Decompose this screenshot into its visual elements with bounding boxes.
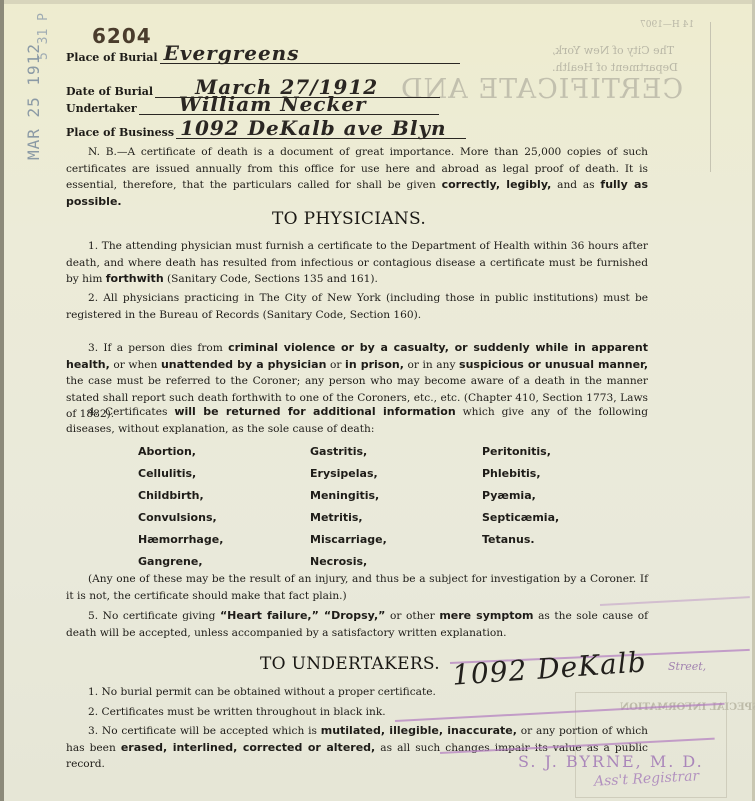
disease-item: Metritis, bbox=[310, 508, 482, 528]
disease-item: Cellulitis, bbox=[138, 464, 310, 484]
disease-item: Childbirth, bbox=[138, 486, 310, 506]
field-value: 1092 DeKalb ave Blyn bbox=[180, 116, 447, 140]
rule-emphasis: “Heart failure,” “Dropsy,” bbox=[220, 609, 385, 622]
rule-emphasis: suspicious or unusual manner, bbox=[459, 358, 648, 371]
field-label: Place of Burial bbox=[66, 51, 158, 64]
rule-text: (Sanitary Code, Sections 135 and 161). bbox=[164, 273, 378, 285]
field-place-of-burial: Place of Burial Evergreens bbox=[66, 44, 460, 64]
street-stamp: Street, bbox=[668, 660, 706, 673]
field-line: 1092 DeKalb ave Blyn bbox=[176, 137, 466, 139]
registrar-stamp-name: S. J. BYRNE, M. D. bbox=[518, 752, 704, 771]
rule-emphasis: mutilated, illegible, inaccurate, bbox=[321, 724, 517, 737]
disease-item: Hæmorrhage, bbox=[138, 530, 310, 550]
nb-text-mid: and as bbox=[551, 179, 600, 191]
disease-item: Septicæmia, bbox=[482, 508, 602, 528]
field-line: William Necker bbox=[139, 113, 439, 115]
rule-emphasis: forthwith bbox=[106, 272, 164, 285]
rule-text: 3. If a person dies from bbox=[88, 342, 228, 354]
field-undertaker: Undertaker William Necker bbox=[66, 95, 439, 115]
disease-item: Meningitis, bbox=[310, 486, 482, 506]
disease-item: Miscarriage, bbox=[310, 530, 482, 550]
bleed-city-line: The City of New York, bbox=[552, 42, 678, 59]
undertakers-rule-1: 1. No burial permit can be obtained with… bbox=[66, 684, 648, 701]
nb-paragraph: N. B.—A certificate of death is a docume… bbox=[66, 144, 648, 210]
bleed-city-header: The City of New York, Department of Heal… bbox=[552, 42, 678, 76]
bleed-form-number: 14 H—1907 bbox=[640, 20, 694, 30]
received-date-stamp: MAR 25 1912 bbox=[24, 43, 43, 160]
certificate-page: 14 H—1907 The City of New York, Departme… bbox=[0, 0, 755, 801]
disease-item: Gangrene, bbox=[138, 552, 310, 572]
page-edge-top bbox=[0, 0, 755, 4]
page-edge-left bbox=[0, 0, 4, 801]
physicians-rule-4: 4. Certificates will be returned for add… bbox=[66, 404, 648, 437]
disease-item: Necrosis, bbox=[310, 552, 482, 572]
disease-item: Peritonitis, bbox=[482, 442, 602, 462]
disease-item: Pyæmia, bbox=[482, 486, 602, 506]
bleed-rule bbox=[710, 22, 711, 172]
field-label: Undertaker bbox=[66, 102, 137, 115]
field-line: Evergreens bbox=[160, 62, 460, 64]
field-value: Evergreens bbox=[164, 41, 300, 65]
bleed-title: CERTIFICATE AND bbox=[400, 74, 683, 105]
physicians-rule-2: 2. All physicians practicing in The City… bbox=[66, 290, 648, 323]
disease-item: Convulsions, bbox=[138, 508, 310, 528]
field-place-of-business: Place of Business 1092 DeKalb ave Blyn bbox=[66, 119, 466, 139]
rule-emphasis: will be returned for additional informat… bbox=[174, 405, 455, 418]
rule-text: or when bbox=[110, 359, 161, 371]
rule-text: or in any bbox=[404, 359, 459, 371]
rule-emphasis: unattended by a physician bbox=[161, 358, 326, 371]
field-label: Place of Business bbox=[66, 126, 174, 139]
disease-item: Erysipelas, bbox=[310, 464, 482, 484]
rule-emphasis: mere symptom bbox=[439, 609, 533, 622]
physicians-rule-4-note: (Any one of these may be the result of a… bbox=[66, 571, 648, 604]
disease-list: Abortion,Gastritis,Peritonitis,Celluliti… bbox=[138, 442, 598, 572]
rule-emphasis: in prison, bbox=[345, 358, 404, 371]
rule-text: 3. No certificate will be accepted which… bbox=[88, 725, 321, 737]
disease-item: Phlebitis, bbox=[482, 464, 602, 484]
nb-emphasis: correctly, legibly, bbox=[442, 178, 552, 191]
physicians-rule-5: 5. No certificate giving “Heart failure,… bbox=[66, 608, 648, 641]
rule-emphasis: erased, interlined, corrected or altered… bbox=[121, 741, 375, 754]
disease-item bbox=[482, 552, 602, 572]
disease-item: Gastritis, bbox=[310, 442, 482, 462]
rule-text: 5. No certificate giving bbox=[88, 610, 220, 622]
physicians-heading: TO PHYSICIANS. bbox=[272, 209, 426, 229]
physicians-rule-1: 1. The attending physician must furnish … bbox=[66, 238, 648, 288]
field-value: William Necker bbox=[179, 92, 367, 116]
disease-item: Abortion, bbox=[138, 442, 310, 462]
rule-text: or bbox=[326, 359, 345, 371]
rule-text: or other bbox=[385, 610, 439, 622]
undertakers-heading: TO UNDERTAKERS. bbox=[260, 654, 440, 674]
disease-item: Tetanus. bbox=[482, 530, 602, 550]
rule-text: 4. Certificates bbox=[88, 406, 174, 418]
